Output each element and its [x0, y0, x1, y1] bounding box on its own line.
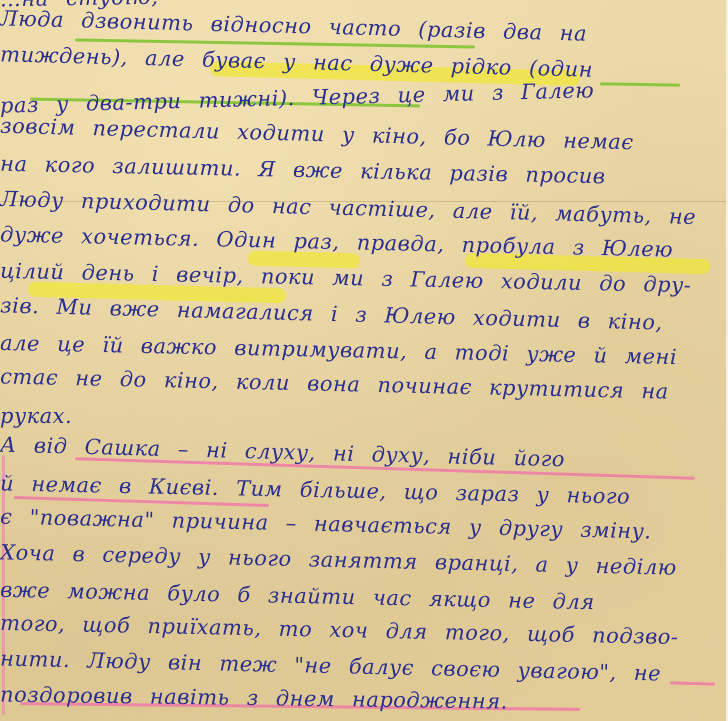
- letter-page: …на студію, Люда дзвонить відносно часто…: [0, 0, 726, 721]
- green-underline: [600, 82, 680, 86]
- handwritten-line: поздоровив навіть з днем народження.: [0, 682, 508, 721]
- pink-underline: [670, 681, 715, 685]
